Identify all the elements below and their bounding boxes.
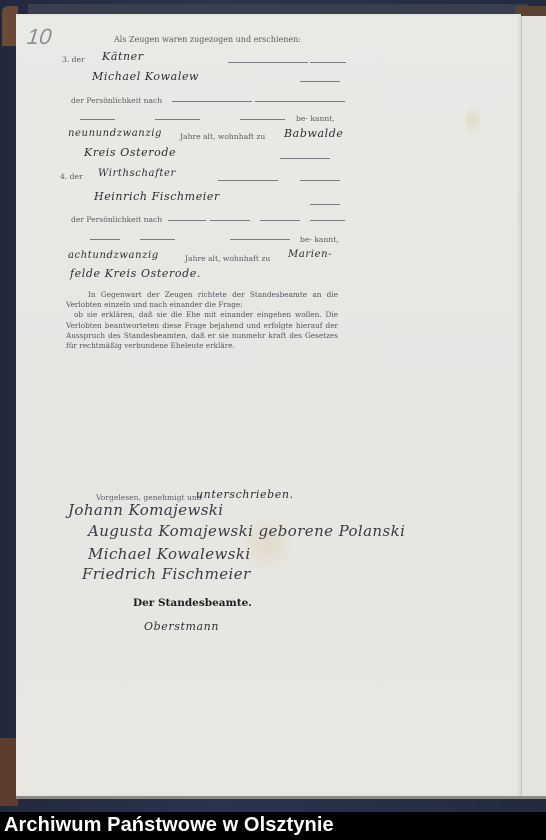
- witness-4-occupation: Wirthschafter: [98, 168, 176, 179]
- witness-4-age: achtundzwanzig: [68, 250, 159, 261]
- signature-line: Augusta Komajewski geborene Polanski: [88, 522, 405, 540]
- fill-line: [240, 119, 285, 120]
- fill-line: [300, 81, 340, 82]
- fill-line: [90, 239, 120, 240]
- witness-4-prefix: 4. der: [60, 172, 83, 181]
- signature-line: Johann Komajewski: [68, 501, 224, 519]
- fill-line: [260, 220, 300, 221]
- ceremony-question: In Gegenwart der Zeugen richtete der Sta…: [66, 290, 338, 310]
- archive-name: Archiwum Państwowe w Olsztynie: [4, 814, 334, 837]
- fill-line: [210, 220, 250, 221]
- witness-3-occupation: Kätner: [102, 50, 144, 63]
- witness-3-identity-label: der Persönlichkeit nach: [71, 96, 162, 105]
- adjacent-page-edge: [521, 16, 546, 796]
- fill-line: [228, 62, 308, 63]
- paper-stain: [466, 100, 480, 140]
- folio-number: 10: [26, 24, 53, 50]
- witness-4-residence-1: Marien-: [288, 249, 332, 260]
- witness-3-residence-2: Kreis Osterode: [84, 146, 176, 159]
- signature-line: Friedrich Fischmeier: [82, 565, 251, 583]
- fill-line: [255, 101, 345, 102]
- fill-line: [140, 239, 175, 240]
- registrar-title: Der Standesbeamte.: [133, 597, 252, 609]
- ceremony-declaration: ob sie erklären, daß sie die Ehe mit ein…: [66, 310, 338, 351]
- archive-footer-bar: Archiwum Państwowe w Olsztynie: [0, 812, 546, 840]
- witness-3-age-label: Jahre alt, wohnhaft zu: [180, 132, 265, 141]
- fill-line: [310, 204, 340, 205]
- witness-3-residence-1: Babwalde: [284, 127, 344, 140]
- approval-handwritten: unterschrieben.: [196, 488, 294, 501]
- fill-line: [310, 220, 345, 221]
- fill-line: [172, 101, 252, 102]
- fill-line: [230, 239, 290, 240]
- witness-4-age-label: Jahre alt, wohnhaft zu: [185, 254, 270, 263]
- witness-4-identity-label: der Persönlichkeit nach: [71, 215, 162, 224]
- page-bottom-edge: [16, 796, 546, 799]
- witness-3-name: Michael Kowalew: [92, 70, 199, 83]
- signature-line: Michael Kowalewski: [88, 545, 251, 563]
- witness-3-known-suffix: be- kannt,: [296, 114, 335, 123]
- fill-line: [310, 62, 346, 63]
- fill-line: [218, 180, 278, 181]
- witness-3-age: neunundzwanzig: [68, 128, 162, 139]
- witness-heading: Als Zeugen waren zugezogen und erschiene…: [114, 35, 301, 44]
- fill-line: [155, 119, 200, 120]
- witness-4-residence-2: felde Kreis Osterode.: [70, 267, 201, 280]
- fill-line: [80, 119, 115, 120]
- ceremony-text: In Gegenwart der Zeugen richtete der Sta…: [66, 290, 338, 351]
- witness-4-known-suffix: be- kannt,: [300, 235, 339, 244]
- witness-3-prefix: 3. der: [62, 55, 85, 64]
- fill-line: [280, 158, 330, 159]
- fill-line: [300, 180, 340, 181]
- registrar-signature: Oberstmann: [144, 620, 219, 633]
- fill-line: [168, 220, 206, 221]
- witness-4-name: Heinrich Fischmeier: [94, 190, 220, 203]
